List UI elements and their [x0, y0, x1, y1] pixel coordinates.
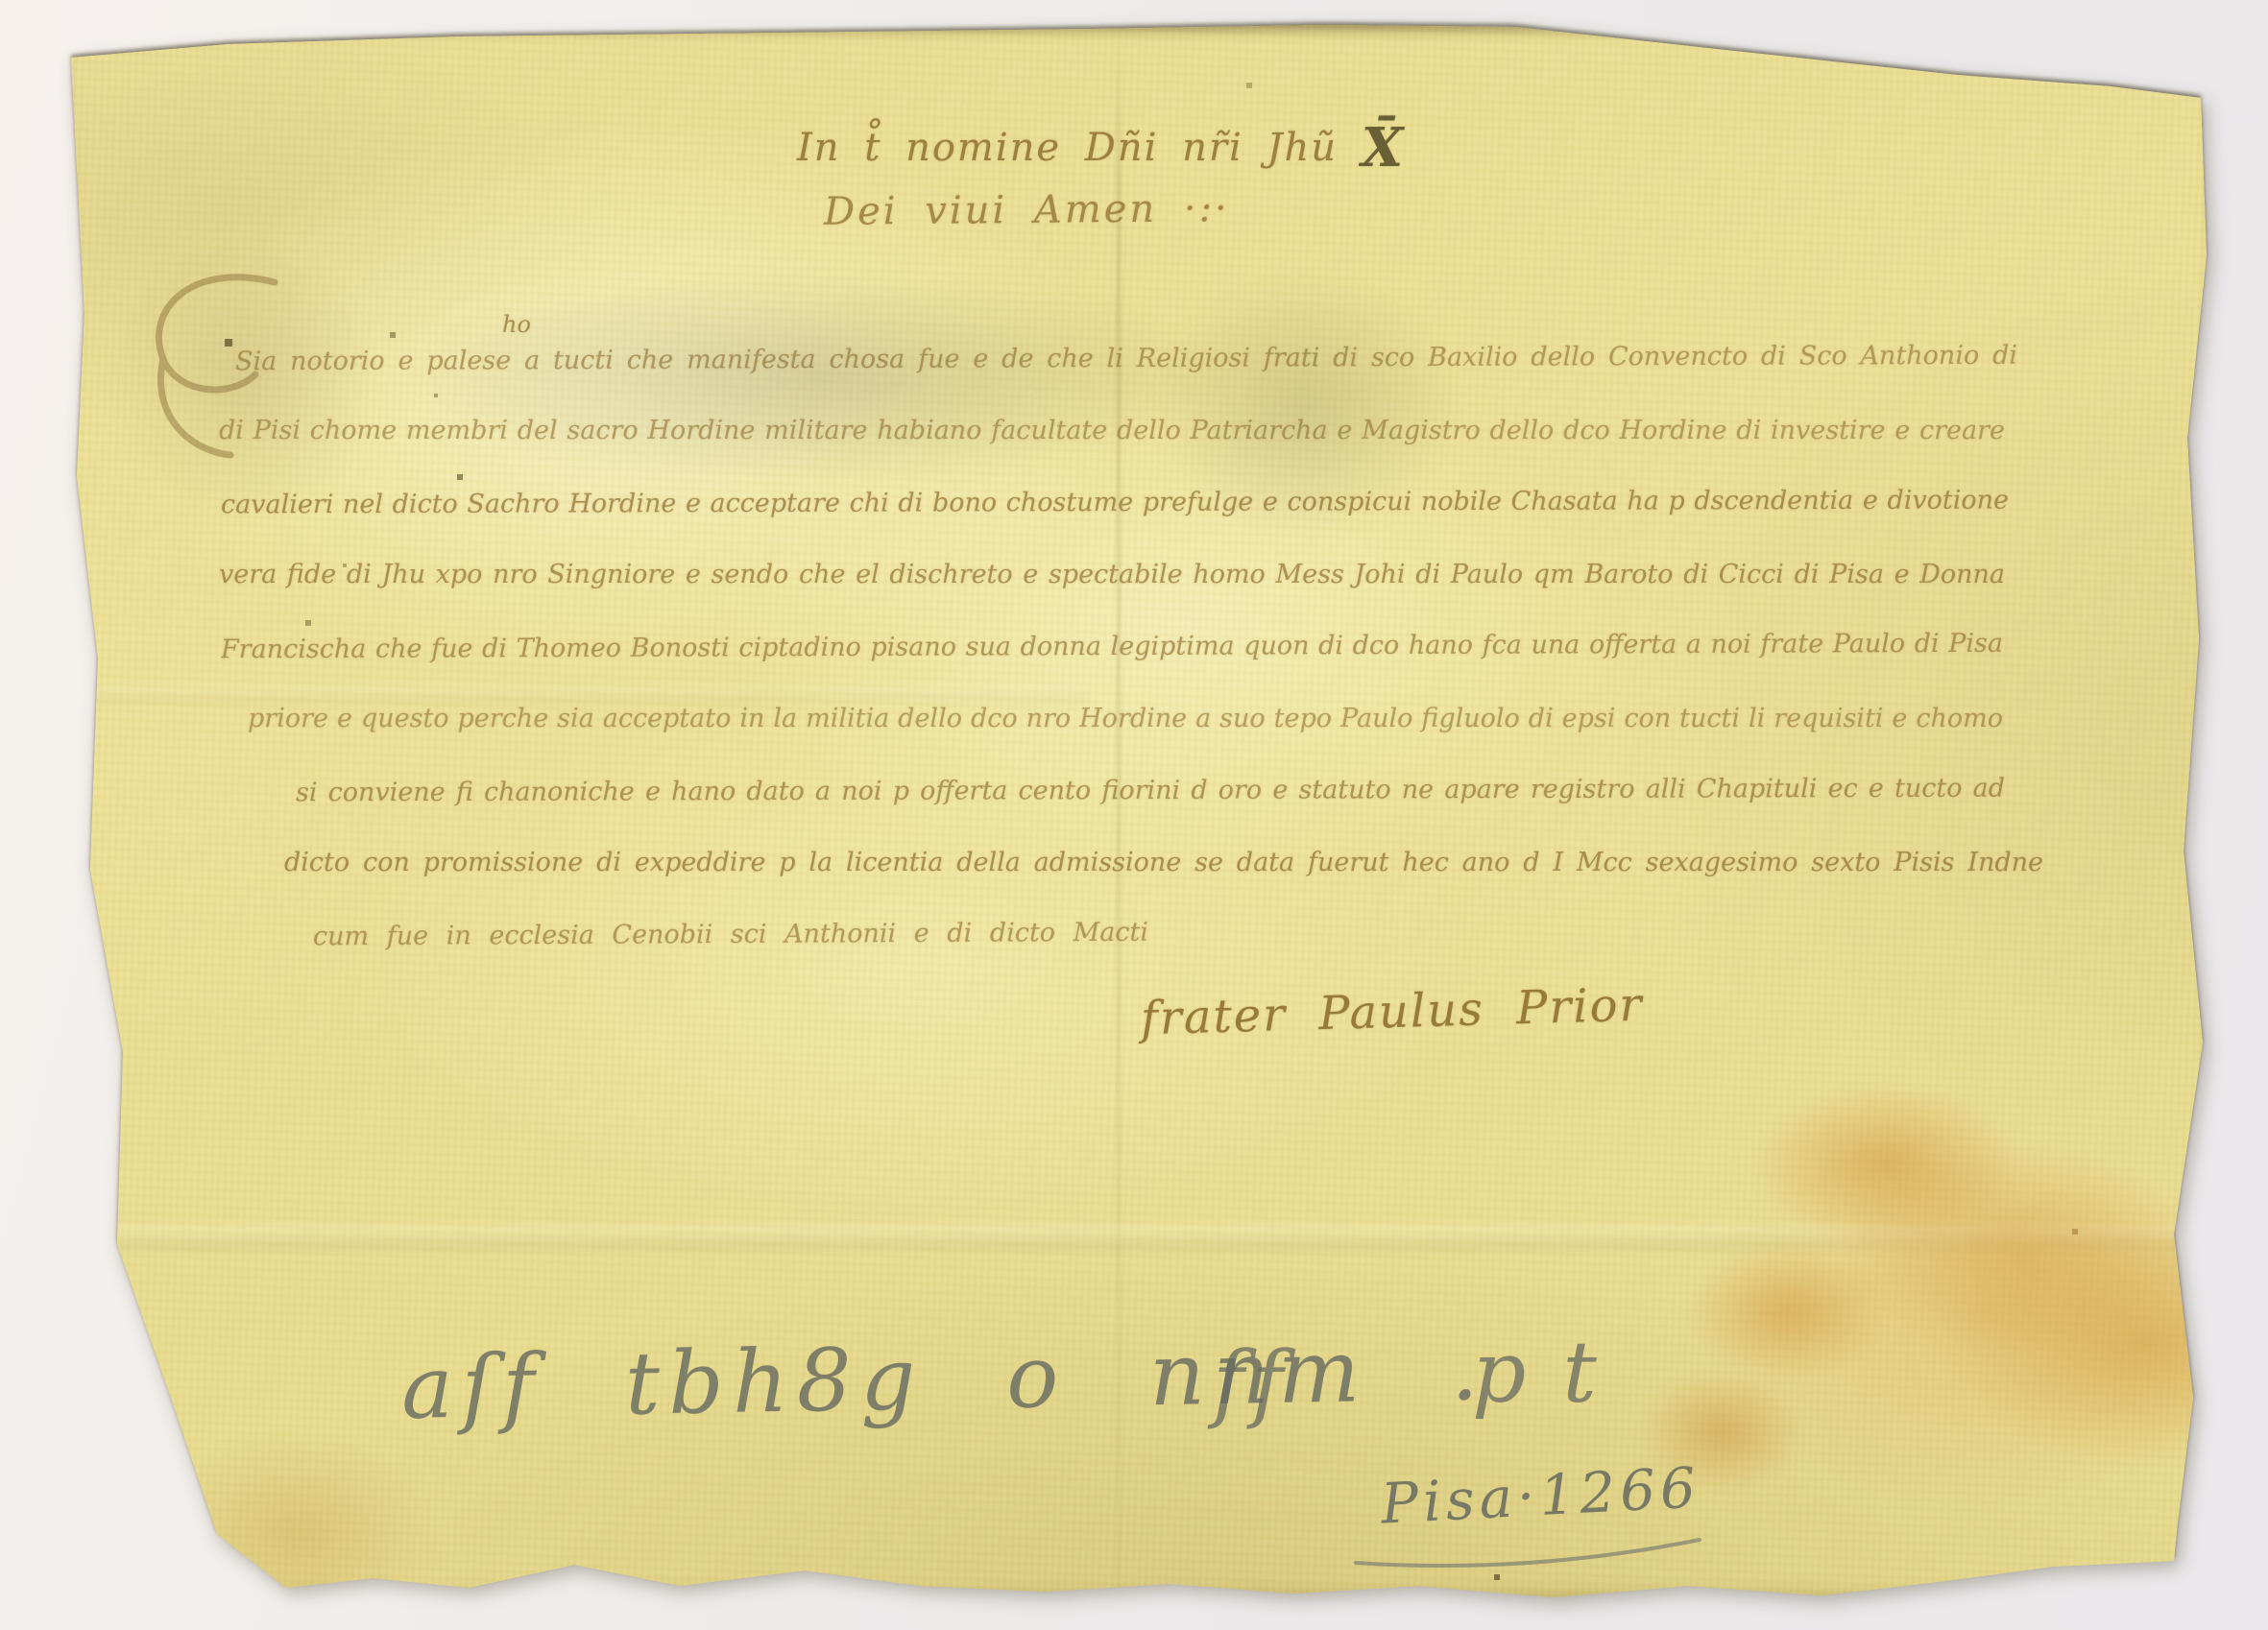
ink-specks: [56, 25, 58, 27]
parchment-document: In t̊ nomine Dñi nr̃i Jhũ X̄ Dei viui Am…: [56, 25, 2214, 1601]
parchment-surface: In t̊ nomine Dñi nr̃i Jhũ X̄ Dei viui Am…: [56, 25, 2214, 1601]
edge-vignette: [56, 25, 2214, 1601]
photo-background: In t̊ nomine Dñi nr̃i Jhũ X̄ Dei viui Am…: [0, 0, 2268, 1630]
